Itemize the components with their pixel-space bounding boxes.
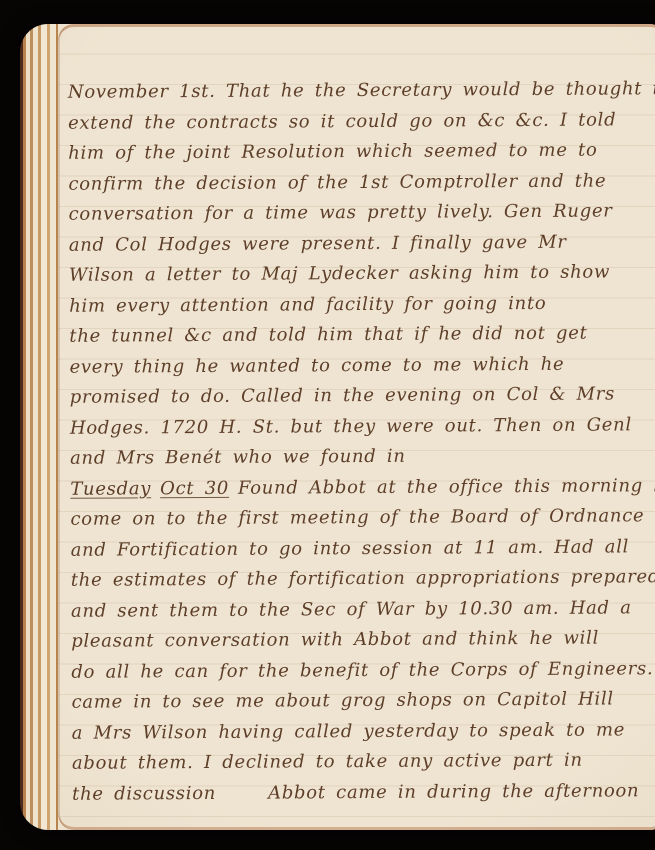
entry-date-underlined: Oct 30 (160, 477, 229, 498)
manuscript-line: every thing he wanted to come to me whic… (69, 349, 655, 383)
manuscript-line: and Col Hodges were present. I finally g… (69, 227, 655, 261)
notebook-page: November 1st. That he the Secretary woul… (58, 24, 655, 830)
manuscript-line: pleasant conversation with Abbot and thi… (71, 623, 655, 657)
manuscript-line: and Mrs Benét who we found in (70, 440, 655, 474)
manuscript-line: the estimates of the fortification appro… (71, 562, 655, 596)
manuscript-line: extend the contracts so it could go on &… (68, 105, 655, 139)
manuscript-line: the discussion Abbot came in during the … (72, 776, 655, 810)
handwritten-text: November 1st. That he the Secretary woul… (68, 74, 655, 810)
manuscript-line: him every attention and facility for goi… (69, 288, 655, 322)
manuscript-line: promised to do. Called in the evening on… (70, 379, 655, 413)
manuscript-line-entry-heading: TuesdayOct 30Found Abbot at the office t… (70, 471, 655, 505)
manuscript-line: came in to see me about grog shops on Ca… (71, 684, 655, 718)
entry-heading-text: Found Abbot at the office this morning h… (238, 474, 655, 498)
manuscript-line: come on to the first meeting of the Boar… (70, 501, 655, 535)
manuscript-line: Wilson a letter to Maj Lydecker asking h… (69, 257, 655, 291)
manuscript-line: conversation for a time was pretty livel… (69, 196, 655, 230)
photo-stage: November 1st. That he the Secretary woul… (0, 0, 655, 850)
manuscript-line: Hodges. 1720 H. St. but they were out. T… (70, 410, 655, 444)
manuscript-line: November 1st. That he the Secretary woul… (68, 74, 655, 108)
entry-day-underlined: Tuesday (70, 478, 151, 499)
manuscript-line: and sent them to the Sec of War by 10.30… (71, 593, 655, 627)
notebook-page-stack: November 1st. That he the Secretary woul… (20, 24, 655, 830)
manuscript-line: him of the joint Resolution which seemed… (68, 135, 655, 169)
manuscript-line: do all he can for the benefit of the Cor… (71, 654, 655, 688)
manuscript-line: confirm the decision of the 1st Comptrol… (68, 166, 655, 200)
manuscript-line: the tunnel &c and told him that if he di… (69, 318, 655, 352)
manuscript-line: a Mrs Wilson having called yesterday to … (72, 715, 655, 749)
manuscript-line: and Fortification to go into session at … (71, 532, 655, 566)
manuscript-line: about them. I declined to take any activ… (72, 745, 655, 779)
